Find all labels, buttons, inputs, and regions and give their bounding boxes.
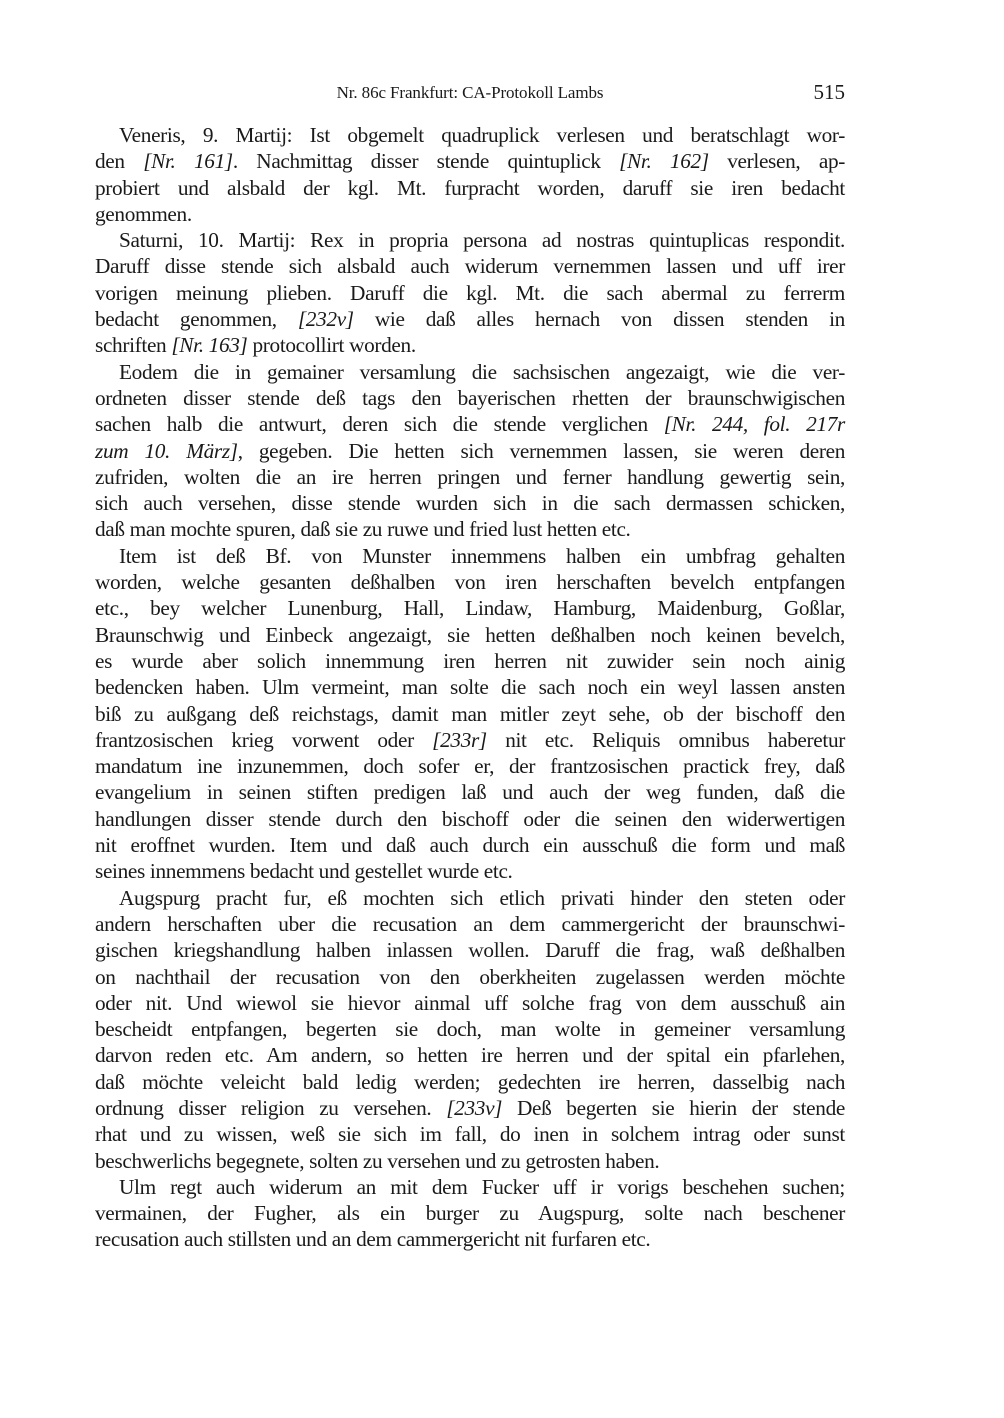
text-line: Daruff disse stende sich alsbald auch wi… [95,253,845,279]
text-segment: zufriden, wolten die an ire herren pring… [95,465,845,489]
text-line: gischen kriegshandlung halben inlassen w… [95,937,845,963]
text-line: nit eroffnet wurden. Item und daß auch d… [95,832,845,858]
text-segment: . Nachmittag disser stende quintuplick [233,149,619,173]
text-segment: bedencken haben. Ulm vermeint, man solte… [95,675,845,699]
text-segment: Saturni, 10. Martij: Rex in propria pers… [119,228,845,252]
text-segment: es wurde aber solich innemmung iren herr… [95,649,845,673]
text-line: darvon reden etc. Am andern, so hetten i… [95,1042,845,1068]
text-line: daß man mochte spuren, daß sie zu ruwe u… [95,516,845,542]
text-line: vermainen, der Fugher, als ein burger zu… [95,1200,845,1226]
text-line: es wurde aber solich innemmung iren herr… [95,648,845,674]
text-line: Item ist deß Bf. von Munster innemmens h… [95,543,845,569]
text-segment: beschwerlichs begegnete, solten zu verse… [95,1149,659,1173]
text-segment: daß man mochte spuren, daß sie zu ruwe u… [95,517,631,541]
text-segment: Augspurg pracht fur, eß mochten sich etl… [119,886,845,910]
text-segment: oder nit. Und wiewol sie hievor ainmal u… [95,991,845,1015]
text-segment: vorigen meinung plieben. Daruff die kgl.… [95,281,845,305]
text-line: handlungen disser stende durch den bisch… [95,806,845,832]
text-line: bescheidt entpfangen, begerten sie doch,… [95,1016,845,1042]
text-line: zum 10. März], gegeben. Die hetten sich … [95,438,845,464]
text-segment: sachen halb die antwurt, deren sich die … [95,412,664,436]
text-line: Saturni, 10. Martij: Rex in propria pers… [95,227,845,253]
text-segment: gischen kriegshandlung halben inlassen w… [95,938,845,962]
text-segment: , gegeben. Die hetten sich vernemmen las… [238,439,845,463]
text-segment: schriften [95,333,171,357]
text-line: evangelium in seinen stiften predigen la… [95,779,845,805]
text-line: Ulm regt auch widerum an mit dem Fucker … [95,1174,845,1200]
text-segment: protocollirt worden. [248,333,416,357]
text-line: seines innemmens bedacht und gestellet w… [95,858,845,884]
text-line: rhat und zu wissen, weß sie sich im fall… [95,1121,845,1147]
text-segment: nit eroffnet wurden. Item und daß auch d… [95,833,845,857]
running-header: Nr. 86c Frankfurt: CA-Protokoll Lambs 51… [95,80,845,106]
paragraph: Augspurg pracht fur, eß mochten sich etl… [95,885,845,1174]
text-line: biß zu außgang deß reichstags, damit man… [95,701,845,727]
text-line: daß möchte veleicht bald ledig werden; g… [95,1069,845,1095]
text-segment: rhat und zu wissen, weß sie sich im fall… [95,1122,845,1146]
text-line: Braunschwig und Einbeck angezaigt, sie h… [95,622,845,648]
editorial-reference: [232v] [298,307,354,331]
text-segment: bescheidt entpfangen, begerten sie doch,… [95,1017,845,1041]
paragraph: Ulm regt auch widerum an mit dem Fucker … [95,1174,845,1253]
paragraph: Eodem die in gemainer versamlung die sac… [95,359,845,543]
text-segment: Deß begerten sie hierin der stende [502,1096,845,1120]
text-segment: biß zu außgang deß reichstags, damit man… [95,702,845,726]
text-segment: mandatum ine inzunemmen, doch sofer er, … [95,754,845,778]
running-title: Nr. 86c Frankfurt: CA-Protokoll Lambs [95,83,845,103]
text-line: oder nit. Und wiewol sie hievor ainmal u… [95,990,845,1016]
text-line: zufriden, wolten die an ire herren pring… [95,464,845,490]
text-line: vorigen meinung plieben. Daruff die kgl.… [95,280,845,306]
text-line: beschwerlichs begegnete, solten zu verse… [95,1148,845,1174]
text-segment: ordneten disser stende deß tags den baye… [95,386,845,410]
document-body: Veneris, 9. Martij: Ist obgemelt quadrup… [95,122,845,1253]
text-line: genommen. [95,201,845,227]
text-segment: Eodem die in gemainer versamlung die sac… [119,360,845,384]
text-line: etc., bey welcher Lunenburg, Hall, Linda… [95,595,845,621]
text-segment: handlungen disser stende durch den bisch… [95,807,845,831]
editorial-reference: [233v] [446,1096,502,1120]
text-line: andern herschaften uber die recusation a… [95,911,845,937]
text-segment: Daruff disse stende sich alsbald auch wi… [95,254,845,278]
text-segment: ordnung disser religion zu versehen. [95,1096,446,1120]
text-segment: darvon reden etc. Am andern, so hetten i… [95,1043,845,1067]
paragraph: Veneris, 9. Martij: Ist obgemelt quadrup… [95,122,845,227]
text-line: bedencken haben. Ulm vermeint, man solte… [95,674,845,700]
text-segment: Braunschwig und Einbeck angezaigt, sie h… [95,623,845,647]
text-line: Eodem die in gemainer versamlung die sac… [95,359,845,385]
editorial-reference: [Nr. 161] [143,149,233,173]
text-line: worden, welche gesanten deßhalben von ir… [95,569,845,595]
page-number: 515 [814,80,846,105]
text-segment: bedacht genommen, [95,307,298,331]
text-segment: Veneris, 9. Martij: Ist obgemelt quadrup… [119,123,845,147]
text-segment: probiert und alsbald der kgl. Mt. furpra… [95,176,845,200]
text-segment: wie daß alles hernach von dissen stenden… [354,307,845,331]
text-line: schriften [Nr. 163] protocollirt worden. [95,332,845,358]
paragraph: Item ist deß Bf. von Munster innemmens h… [95,543,845,885]
text-segment: sich auch versehen, disse stende wurden … [95,491,845,515]
text-segment: evangelium in seinen stiften predigen la… [95,780,845,804]
text-segment: etc., bey welcher Lunenburg, Hall, Linda… [95,596,845,620]
text-segment: recusation auch stillsten und an dem cam… [95,1227,650,1251]
text-segment: vermainen, der Fugher, als ein burger zu… [95,1201,845,1225]
text-line: Veneris, 9. Martij: Ist obgemelt quadrup… [95,122,845,148]
text-segment: frantzosischen krieg vorwent oder [95,728,432,752]
text-segment: den [95,149,143,173]
text-line: ordnung disser religion zu versehen. [23… [95,1095,845,1121]
editorial-reference: [233r] [432,728,487,752]
text-segment: verlesen, ap- [709,149,845,173]
text-line: frantzosischen krieg vorwent oder [233r]… [95,727,845,753]
text-line: Augspurg pracht fur, eß mochten sich etl… [95,885,845,911]
text-segment: genommen. [95,202,192,226]
editorial-reference: [Nr. 244, fol. 217r [664,412,845,436]
text-line: probiert und alsbald der kgl. Mt. furpra… [95,175,845,201]
text-line: sachen halb die antwurt, deren sich die … [95,411,845,437]
text-segment: nit etc. Reliquis omnibus haberetur [487,728,845,752]
text-segment: on nachthail der recusation von den ober… [95,965,845,989]
paragraph: Saturni, 10. Martij: Rex in propria pers… [95,227,845,358]
text-segment: worden, welche gesanten deßhalben von ir… [95,570,845,594]
editorial-reference: [Nr. 162] [619,149,709,173]
text-segment: Ulm regt auch widerum an mit dem Fucker … [119,1175,845,1199]
text-line: ordneten disser stende deß tags den baye… [95,385,845,411]
text-line: mandatum ine inzunemmen, doch sofer er, … [95,753,845,779]
text-line: sich auch versehen, disse stende wurden … [95,490,845,516]
text-line: recusation auch stillsten und an dem cam… [95,1226,845,1252]
text-segment: andern herschaften uber die recusation a… [95,912,845,936]
text-line: on nachthail der recusation von den ober… [95,964,845,990]
editorial-reference: zum 10. März] [95,439,238,463]
text-segment: daß möchte veleicht bald ledig werden; g… [95,1070,845,1094]
editorial-reference: [Nr. 163] [171,333,247,357]
text-segment: seines innemmens bedacht und gestellet w… [95,859,513,883]
text-segment: Item ist deß Bf. von Munster innemmens h… [119,544,845,568]
text-line: den [Nr. 161]. Nachmittag disser stende … [95,148,845,174]
text-line: bedacht genommen, [232v] wie daß alles h… [95,306,845,332]
